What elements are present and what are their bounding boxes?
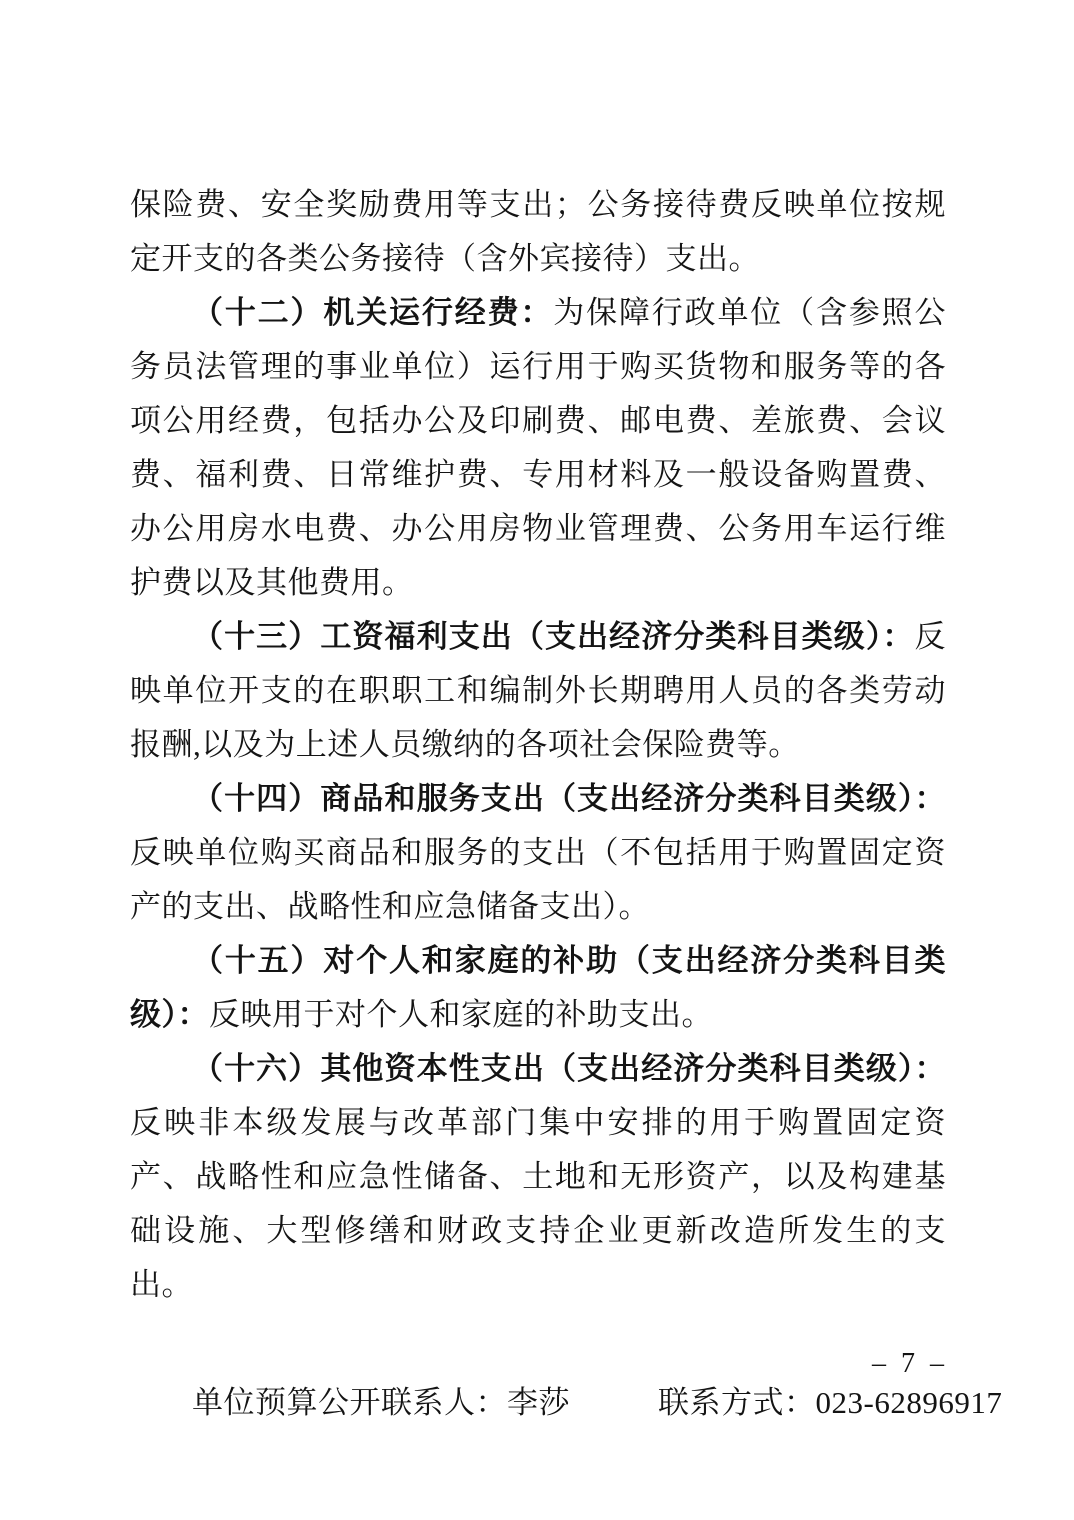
paragraph: （十六）其他资本性支出（支出经济分类科目类级）：反映非本级发展与改革部门集中安排… [130,1042,946,1312]
paragraph: 保险费、安全奖励费用等支出；公务接待费反映单位按规定开支的各类公务接待（含外宾接… [130,178,946,286]
paragraph-text: 反映单位购买商品和服务的支出（不包括用于购置固定资产的支出、战略性和应急储备支出… [130,835,946,924]
contact-person-name: 李莎 [507,1385,570,1420]
contact-line: 单位预算公开联系人：李莎联系方式：023-62896917 [130,1376,946,1430]
paragraph-text: 反映用于对个人和家庭的补助支出。 [209,997,713,1032]
paragraph-text: 保险费、安全奖励费用等支出；公务接待费反映单位按规定开支的各类公务接待（含外宾接… [130,187,946,276]
paragraph: （十三）工资福利支出（支出经济分类科目类级）：反映单位开支的在职职工和编制外长期… [130,610,946,772]
contact-phone-number: 023-62896917 [816,1385,1003,1420]
document-page: 保险费、安全奖励费用等支出；公务接待费反映单位按规定开支的各类公务接待（含外宾接… [0,0,1074,1520]
contact-person-label: 单位预算公开联系人： [192,1385,507,1420]
contact-phone-label: 联系方式： [658,1385,816,1420]
paragraph-heading: （十四）商品和服务支出（支出经济分类科目类级）： [192,781,946,816]
paragraph: （十四）商品和服务支出（支出经济分类科目类级）：反映单位购买商品和服务的支出（不… [130,772,946,934]
paragraph: （十二）机关运行经费：为保障行政单位（含参照公务员法管理的事业单位）运行用于购买… [130,286,946,610]
paragraph-text: 为保障行政单位（含参照公务员法管理的事业单位）运行用于购买货物和服务等的各项公用… [130,295,946,600]
paragraph-heading: （十二）机关运行经费： [192,295,553,330]
paragraph-text: 反映非本级发展与改革部门集中安排的用于购置固定资产、战略性和应急性储备、土地和无… [130,1105,946,1302]
document-body: 保险费、安全奖励费用等支出；公务接待费反映单位按规定开支的各类公务接待（含外宾接… [130,178,946,1430]
paragraph-heading: （十三）工资福利支出（支出经济分类科目类级）： [192,619,915,654]
paragraph: （十五）对个人和家庭的补助（支出经济分类科目类级）：反映用于对个人和家庭的补助支… [130,934,946,1042]
page-number: – 7 – [872,1348,948,1380]
paragraph-heading: （十六）其他资本性支出（支出经济分类科目类级）： [192,1051,946,1086]
